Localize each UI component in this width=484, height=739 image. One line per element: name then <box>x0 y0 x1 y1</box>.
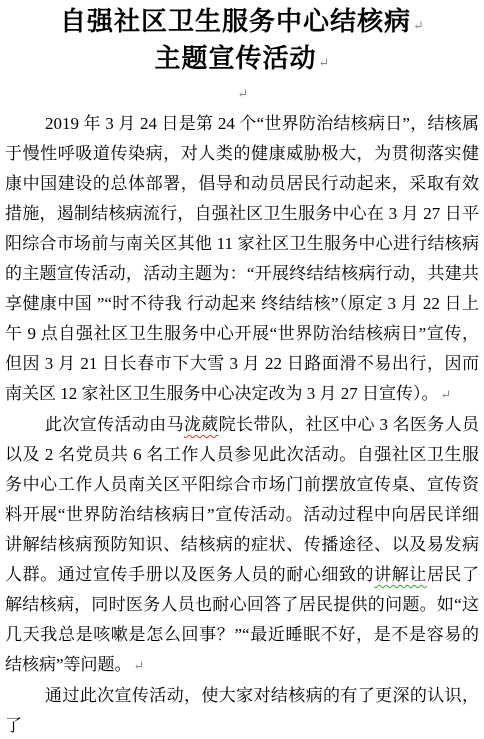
title-text-line-1: 自强社区卫生服务中心结核病 <box>60 7 411 36</box>
document-title-line-1: 自强社区卫生服务中心结核病↵ <box>0 5 484 42</box>
paragraph-3-text: 通过此次宣传活动，使大家对结核病的有了更深的认识，了 <box>5 686 479 735</box>
grammarcheck-flagged-phrase: 讲解让 <box>374 565 427 584</box>
paragraph-mark-icon: ↵ <box>132 658 145 673</box>
spellcheck-flagged-name: 泷葳 <box>184 415 219 434</box>
document-page: 自强社区卫生服务中心结核病↵ 主题宣传活动↵ ↵ 2019 年 3 月 24 日… <box>0 0 484 739</box>
paragraph-mark-icon: ↵ <box>317 55 330 70</box>
paragraph-2-text-middle: 院长带队，社区中心 3 名医务人员以及 2 名党员共 6 名工作人员参见此次活动… <box>5 415 479 584</box>
title-text-line-2: 主题宣传活动 <box>155 44 317 73</box>
document-body[interactable]: 2019 年 3 月 24 日是第 24 个“世界防治结核病日”，结核属于慢性呼… <box>0 109 484 739</box>
empty-paragraph: ↵ <box>0 79 484 109</box>
paragraph-1-text: 2019 年 3 月 24 日是第 24 个“世界防治结核病日”，结核属于慢性呼… <box>5 114 479 403</box>
paragraph-2: 此次宣传活动由马泷葳院长带队，社区中心 3 名医务人员以及 2 名党员共 6 名… <box>5 410 479 681</box>
paragraph-3: 通过此次宣传活动，使大家对结核病的有了更深的认识，了 <box>5 681 479 739</box>
paragraph-1: 2019 年 3 月 24 日是第 24 个“世界防治结核病日”，结核属于慢性呼… <box>5 109 479 410</box>
document-title-line-2: 主题宣传活动↵ <box>0 42 484 79</box>
paragraph-2-text-before-name: 此次宣传活动由马 <box>45 415 184 434</box>
paragraph-mark-icon: ↵ <box>236 86 249 101</box>
paragraph-mark-icon: ↵ <box>411 18 424 33</box>
paragraph-mark-icon: ↵ <box>439 387 452 402</box>
